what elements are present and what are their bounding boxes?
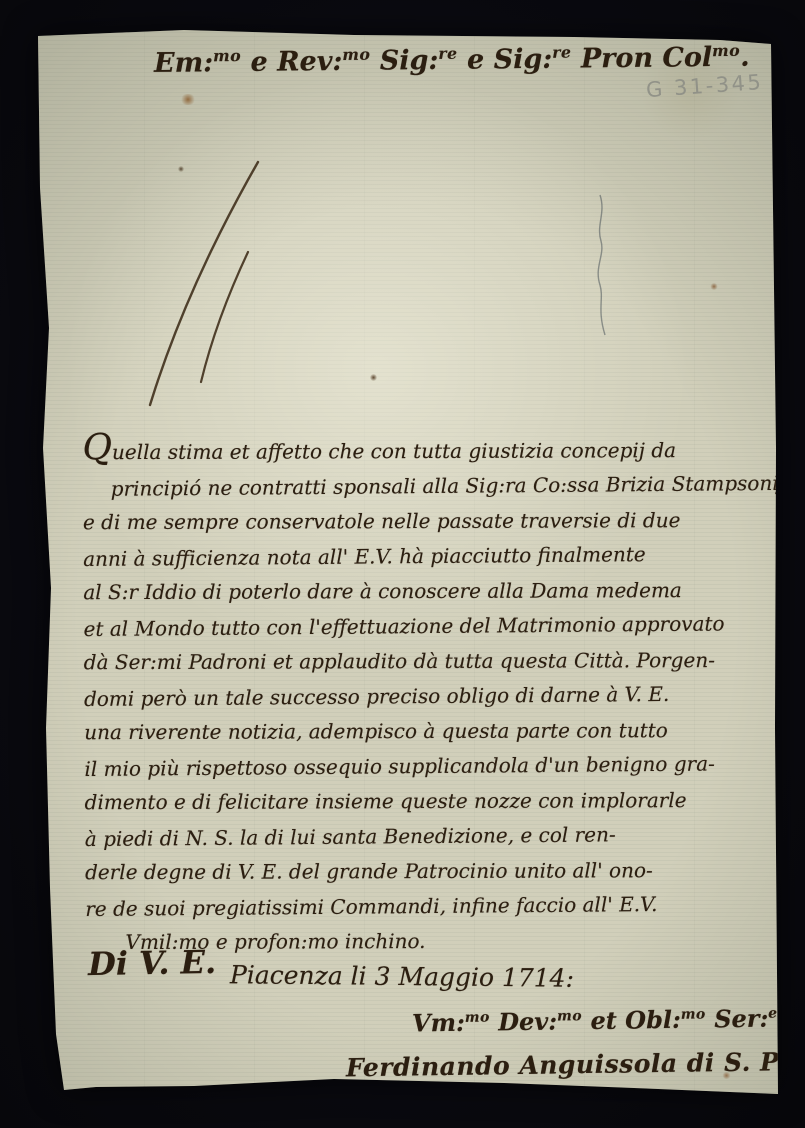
letter-line: al S:r Iddio di poterlo dare à conoscere… [83, 573, 773, 610]
letter-line: et al Mondo tutto con l'effettuazione de… [83, 606, 773, 647]
letter-salutation: Em:mo e Rev:mo Sig:re e Sig:re Pron Colm… [154, 41, 710, 79]
rank-segment: Dev:mo [490, 1006, 583, 1036]
letter-line: à piedi di N. S. la di lui santa Benediz… [85, 816, 775, 857]
letter-line: domi però un tale successo preciso oblig… [84, 676, 774, 717]
letter-line: il mio più rispettoso ossequio supplican… [84, 746, 774, 787]
salutation-segment: Pron Colmo [571, 42, 740, 75]
letter-line: una riverente notizia, adempisco à quest… [84, 713, 774, 750]
letter-line: anni à sufficienza nota all' E.V. hà pia… [83, 536, 773, 577]
letter-paper: Em:mo e Rev:mo Sig:re e Sig:re Pron Colm… [34, 28, 780, 1096]
closing-rank-line: Vm:mo Dev:mo et Obl:mo Ser:e [412, 1003, 778, 1037]
salutation-segment: e Rev:mo [241, 46, 371, 78]
salutation-segment: Sig:re [370, 45, 458, 77]
letter-line: principió ne contratti sponsali alla Sig… [83, 466, 773, 507]
photo-stage: Em:mo e Rev:mo Sig:re e Sig:re Pron Colm… [0, 0, 805, 1128]
salutation-segment: . [740, 42, 750, 73]
rank-segment: Vm:mo [412, 1007, 490, 1037]
letter-line: dà Ser:mi Padroni et applaudito dà tutta… [84, 643, 774, 680]
salutation-segment: e Sig:re [457, 44, 571, 76]
salutation-segment: Em:mo [154, 47, 241, 79]
letter-line: re de suoi pregiatissimi Commandi, infin… [85, 886, 775, 927]
dateline: Piacenza li 3 Maggio 1714: [230, 960, 574, 993]
ink-stroke-mark [201, 252, 248, 382]
letter-line: derle degne di V. E. del grande Patrocin… [85, 853, 775, 890]
paper-crease-mark [598, 195, 605, 335]
letter-line: e di me sempre conservatole nelle passat… [83, 503, 773, 540]
letter-body: Quella stima et affetto che con tutta gi… [82, 432, 775, 961]
letter-line: dimento e di felicitare insieme queste n… [85, 783, 775, 820]
rank-segment: Ser:e [706, 1003, 778, 1033]
letter-line: Quella stima et affetto che con tutta gi… [82, 433, 772, 470]
rank-segment: et Obl:mo [582, 1004, 706, 1035]
valediction: Di V. E. [88, 943, 217, 983]
